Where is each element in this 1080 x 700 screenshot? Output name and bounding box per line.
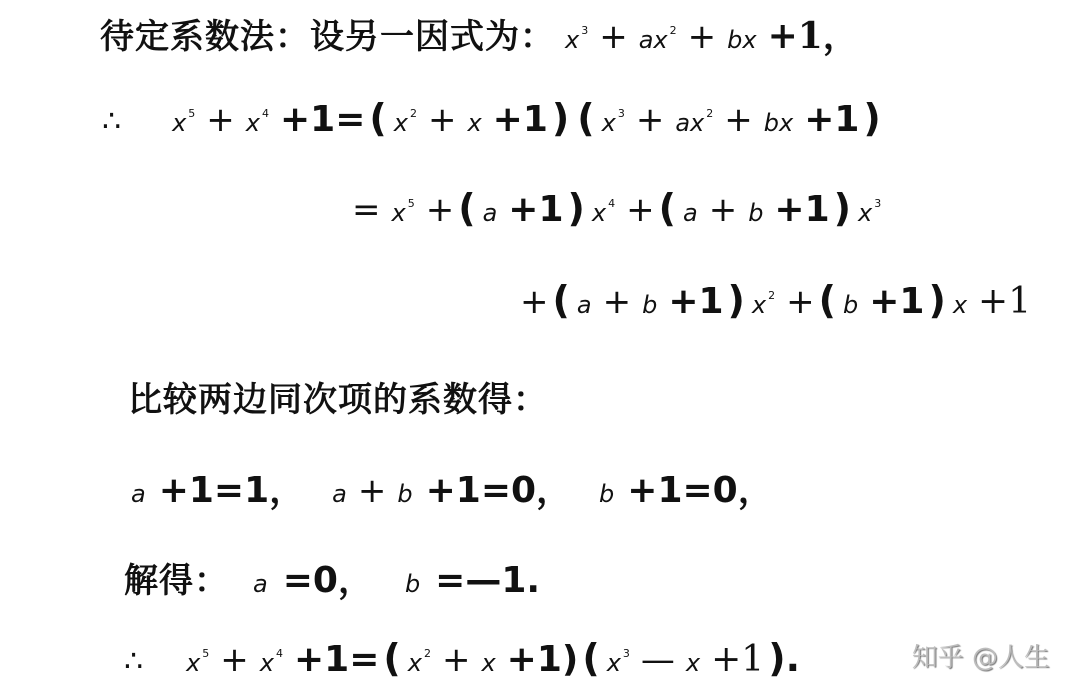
math-var: x — [467, 109, 481, 137]
math-var: a — [332, 480, 347, 508]
paren: ) — [552, 96, 569, 140]
math-var: x — [686, 649, 700, 677]
math-const: +1= — [294, 639, 379, 680]
paren: ) — [568, 186, 585, 230]
math-var: b — [397, 480, 412, 508]
math-var: a — [483, 199, 498, 227]
math-var: x3 — [858, 199, 881, 227]
math-var: bx — [727, 26, 756, 54]
math-op: + — [709, 190, 738, 230]
paren: ( — [582, 636, 599, 680]
math-const: +1 — [508, 189, 563, 230]
math-op: + — [626, 190, 655, 230]
math-op: + — [599, 17, 628, 57]
paren: ( — [659, 186, 676, 230]
math-const: +1 — [978, 281, 1031, 322]
therefore-symbol: ∴ — [124, 644, 143, 679]
paren: ( — [369, 96, 386, 140]
math-var: b — [843, 291, 858, 319]
paren: ( — [383, 636, 400, 680]
math-var: x — [953, 291, 967, 319]
math-const: +1 — [768, 15, 823, 57]
math-var: x5 — [392, 199, 415, 227]
paren: ) — [928, 278, 945, 322]
math-op: + — [688, 17, 717, 57]
solution-a: =0， — [283, 552, 374, 603]
math-var: b — [405, 570, 420, 598]
math-var: x3 — [607, 649, 630, 677]
paren: ( — [819, 278, 836, 322]
line-conclusion: ∴ x5 + x4 +1= ( x2 + x +1) ( x3 — x +1 )… — [124, 636, 804, 680]
math-const: +1 — [804, 99, 859, 140]
math-var: x3 — [565, 26, 588, 54]
math-op: + — [724, 100, 753, 140]
math-const: +1) — [507, 639, 579, 680]
paren: ( — [577, 96, 594, 140]
math-var: ax2 — [675, 109, 713, 137]
math-var: x2 — [408, 649, 431, 677]
math-eq: = — [352, 190, 381, 230]
math-op: + — [426, 190, 455, 230]
line-product-1: = x5 + ( a +1 ) x4 + ( a + b +1 ) x3 — [352, 186, 884, 230]
paren: ) — [863, 96, 880, 140]
equation-1: +1=1， — [159, 462, 305, 513]
math-op: + — [603, 282, 632, 322]
equation-2: +1=0， — [426, 462, 572, 513]
line-assumption: 待定系数法：设另一因式为： x3 + ax2 + bx +1 ， — [100, 8, 859, 59]
therefore-symbol: ∴ — [102, 104, 121, 139]
math-const: +1 — [711, 639, 764, 680]
watermark: 知乎 @人生 — [912, 637, 1050, 674]
math-op: + — [520, 282, 549, 322]
solution-b: =—1. — [435, 560, 540, 601]
math-punct: ， — [823, 8, 859, 59]
math-var: b — [748, 199, 763, 227]
math-var: b — [599, 480, 614, 508]
math-const: +1 — [493, 99, 548, 140]
paren: ) — [834, 186, 851, 230]
math-op: + — [428, 100, 457, 140]
line-product-2: + ( a + b +1 ) x2 + ( b +1 ) x +1 — [520, 278, 1031, 322]
compare-label: 比较两边同次项的系数得： — [128, 372, 548, 421]
math-op: + — [442, 640, 471, 680]
math-op: + — [220, 640, 249, 680]
paren: ( — [458, 186, 475, 230]
equation-3: +1=0， — [627, 462, 773, 513]
line-compare: 比较两边同次项的系数得： — [128, 372, 548, 421]
solution-label: 解得： — [124, 553, 229, 602]
math-const: +1 — [869, 281, 924, 322]
math-var: x2 — [752, 291, 775, 319]
math-var: ax2 — [639, 26, 677, 54]
math-var: x4 — [246, 109, 269, 137]
paren: ( — [553, 278, 570, 322]
math-op: — — [641, 640, 675, 680]
math-var: x — [481, 649, 495, 677]
math-var: x4 — [260, 649, 283, 677]
math-var: x5 — [172, 109, 195, 137]
line-equations: a +1=1， a + b +1=0， b +1=0， — [128, 462, 774, 513]
math-var: x3 — [602, 109, 625, 137]
math-op: + — [358, 471, 387, 511]
line-expansion: ∴ x5 + x4 +1 = ( x2 + x +1 ) ( x3 + ax2 … — [102, 96, 885, 140]
math-var: bx — [764, 109, 793, 137]
math-var: b — [642, 291, 657, 319]
math-var: a — [577, 291, 592, 319]
math-const: +1 — [280, 99, 335, 140]
paren: ). — [768, 636, 800, 680]
math-op: + — [786, 282, 815, 322]
math-var: a — [683, 199, 698, 227]
math-const: +1 — [668, 281, 723, 322]
math-op: + — [636, 100, 665, 140]
math-eq: = — [335, 99, 365, 140]
math-var: a — [131, 480, 146, 508]
math-var: x2 — [394, 109, 417, 137]
math-var: x4 — [592, 199, 615, 227]
math-var: a — [253, 570, 268, 598]
paren: ) — [728, 278, 745, 322]
math-op: + — [206, 100, 235, 140]
math-const: +1 — [774, 189, 829, 230]
math-var: x5 — [186, 649, 209, 677]
assumption-label: 待定系数法：设另一因式为： — [100, 9, 555, 58]
line-solution: 解得： a =0， b =—1. — [124, 552, 540, 603]
